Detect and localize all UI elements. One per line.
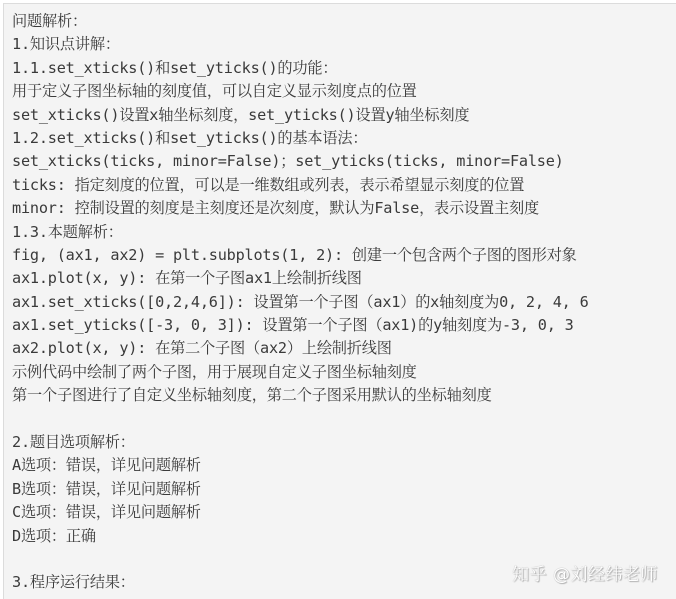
text-line: set_xticks()设置x轴坐标刻度，set_yticks()设置y轴坐标刻… [12, 104, 676, 127]
code-line: ax2.plot(x, y): 在第二个子图（ax2）上绘制折线图 [12, 337, 676, 360]
text-line: ticks: 指定刻度的位置，可以是一维数组或列表，表示希望显示刻度的位置 [12, 174, 676, 197]
option-a: A选项：错误，详见问题解析 [12, 454, 676, 477]
text-line: 用于定义子图坐标轴的刻度值，可以自定义显示刻度点的位置 [12, 80, 676, 103]
option-b: B选项：错误，详见问题解析 [12, 478, 676, 501]
code-line: ax1.set_xticks([0,2,4,6]): 设置第一个子图（ax1）的… [12, 291, 676, 314]
code-line: set_xticks(ticks, minor=False)；set_ytick… [12, 150, 676, 173]
code-line: ax1.set_yticks([-3, 0, 3]): 设置第一个子图（ax1)… [12, 314, 676, 337]
code-line: fig, (ax1, ax2) = plt.subplots(1, 2): 创建… [12, 244, 676, 267]
option-d: D选项：正确 [12, 525, 676, 548]
subheading-question-analysis: 1.3.本题解析： [12, 221, 676, 244]
text-line: 示例代码中绘制了两个子图，用于展现自定义子图坐标轴刻度 [12, 361, 676, 384]
option-c: C选项：错误，详见问题解析 [12, 501, 676, 524]
answer-explanation-box: 问题解析： 1.知识点讲解： 1.1.set_xticks()和set_ytic… [3, 3, 676, 599]
text-line: minor: 控制设置的刻度是主刻度还是次刻度，默认为False，表示设置主刻度 [12, 197, 676, 220]
blank-line [12, 408, 676, 431]
subheading-function: 1.1.set_xticks()和set_yticks()的功能： [12, 57, 676, 80]
heading-option-analysis: 2.题目选项解析： [12, 431, 676, 454]
heading-knowledge-points: 1.知识点讲解： [12, 33, 676, 56]
text-line: 第一个子图进行了自定义坐标轴刻度，第二个子图采用默认的坐标轴刻度 [12, 384, 676, 407]
zhihu-watermark: 知乎 @刘经纬老师 [512, 560, 658, 585]
subheading-syntax: 1.2.set_xticks()和set_yticks()的基本语法： [12, 127, 676, 150]
code-line: ax1.plot(x, y): 在第一个子图ax1上绘制折线图 [12, 267, 676, 290]
heading-problem-analysis: 问题解析： [12, 10, 676, 33]
